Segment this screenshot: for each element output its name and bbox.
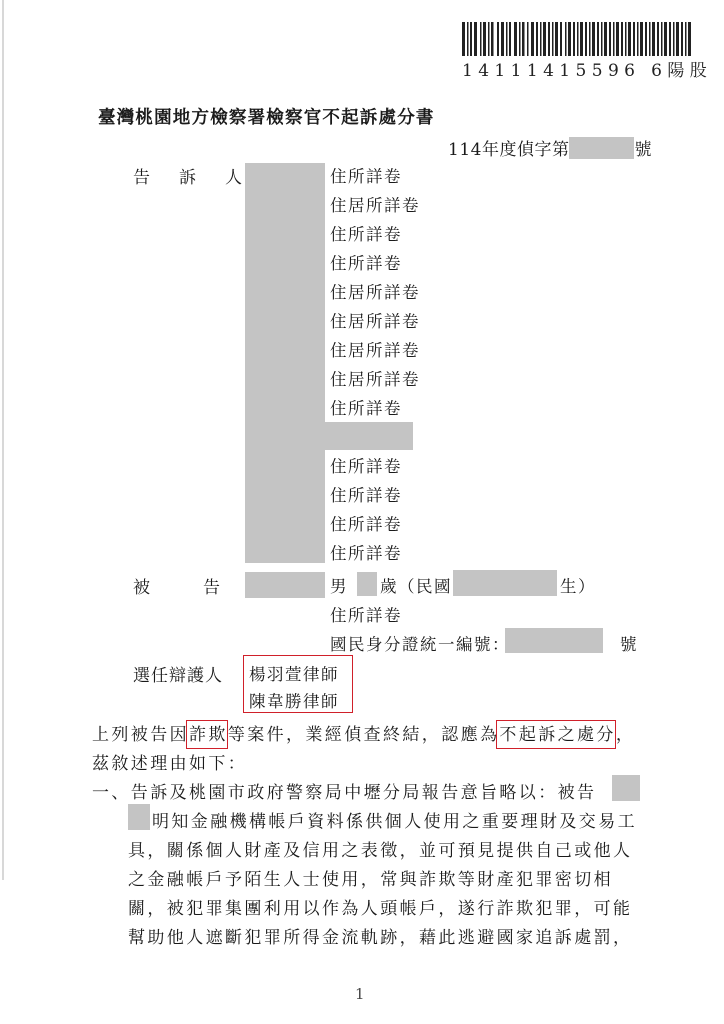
section1-line: 一、告訴及桃園市政府警察局中壢分局報告意旨略以：被告 (92, 778, 596, 803)
barcode (462, 22, 692, 56)
case-number-prefix: 114年度偵字第 (448, 140, 569, 160)
scan-edge-line (2, 0, 4, 880)
complainant-address: 住居所詳卷 (330, 192, 420, 216)
counsel-name: 陳韋勝律師 (249, 688, 339, 712)
defendant-age-suffix: 歲（民國 (380, 573, 452, 597)
defendant-label-1: 被 (133, 573, 150, 598)
barcode-number: 14111415596 6陽股 (462, 56, 712, 81)
defendant-id-suffix: 號 (620, 631, 638, 655)
complainant-address: 住所詳卷 (330, 453, 402, 477)
redacted-defendant-birthdate (453, 570, 557, 596)
redacted-defendant-name (245, 572, 325, 598)
complainant-address: 住所詳卷 (330, 540, 402, 564)
section1-line: 幫助他人遮斷犯罪所得金流軌跡，藉此逃避國家追訴處罰， (128, 923, 632, 948)
complainant-address: 住居所詳卷 (330, 279, 420, 303)
fraud-highlight-box (186, 720, 228, 749)
redacted-case-number (569, 137, 634, 159)
complainant-address: 住居所詳卷 (330, 308, 420, 332)
redacted-defendant-name (128, 804, 150, 830)
section1-line: 之金融帳戶予陌生人士使用，常與詐欺等財產犯罪密切相 (128, 865, 613, 890)
complainant-address: 住所詳卷 (330, 482, 402, 506)
redacted-complainant-names (245, 163, 325, 563)
intro-text: ， (616, 725, 635, 745)
document-title: 臺灣桃園地方檢察署檢察官不起訴處分書 (98, 104, 435, 129)
counsel-name: 楊羽萱律師 (249, 661, 339, 685)
defendant-address: 住所詳卷 (330, 602, 402, 626)
section1-line: 明知金融機構帳戶資料係供個人使用之重要理財及交易工 (152, 807, 637, 832)
defendant-birth-suffix: 生） (560, 573, 596, 597)
complainant-address: 住居所詳卷 (330, 366, 420, 390)
defendant-label-2: 告 (203, 573, 220, 598)
section1-line: 關，被犯罪集團利用以作為人頭帳戶，遂行詐欺犯罪，可能 (128, 894, 632, 919)
barcode-digits: 14111415596 6 (462, 61, 667, 81)
redacted-defendant-name (612, 775, 640, 801)
redacted-complainant-extra (325, 422, 413, 450)
intro-text: 等案件，業經偵查終結，認應為 (228, 725, 500, 745)
fraud-highlight: 詐欺 (189, 725, 228, 745)
case-number: 114年度偵字第號 (448, 135, 652, 160)
defendant-id-label: 國民身分證統一編號： (330, 631, 510, 655)
redacted-defendant-id (505, 628, 603, 653)
complainant-address: 住所詳卷 (330, 395, 402, 419)
complainant-address: 住所詳卷 (330, 511, 402, 535)
complainant-label: 告 訴 人 (133, 163, 248, 188)
complainant-address: 住所詳卷 (330, 250, 402, 274)
redacted-defendant-age (357, 572, 377, 596)
complainant-address: 住所詳卷 (330, 221, 402, 245)
intro-line-2: 茲敘述理由如下： (92, 749, 247, 774)
decision-highlight-box (496, 720, 615, 749)
complainant-address: 住居所詳卷 (330, 337, 420, 361)
intro-line-1: 上列被告因詐欺等案件，業經偵查終結，認應為不起訴之處分， (92, 720, 635, 745)
complainant-address: 住所詳卷 (330, 163, 402, 187)
intro-text: 上列被告因 (92, 725, 189, 745)
case-number-suffix: 號 (634, 140, 652, 160)
counsel-label: 選任辯護人 (133, 661, 223, 686)
section1-line: 具，關係個人財產及信用之表徵，並可預見提供自己或他人 (128, 836, 632, 861)
defendant-gender: 男 (330, 573, 348, 597)
page-number: 1 (355, 985, 365, 1003)
decision-highlight: 不起訴之處分 (499, 725, 615, 745)
barcode-unit: 陽股 (667, 61, 712, 81)
